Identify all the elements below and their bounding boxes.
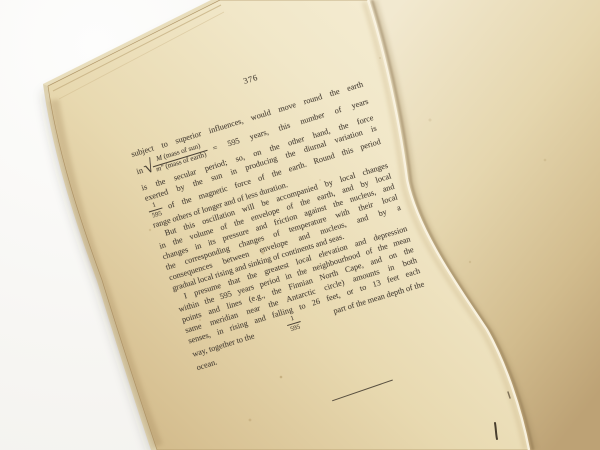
book-photo: 376 subject to superior influences, woul… [0,0,600,450]
